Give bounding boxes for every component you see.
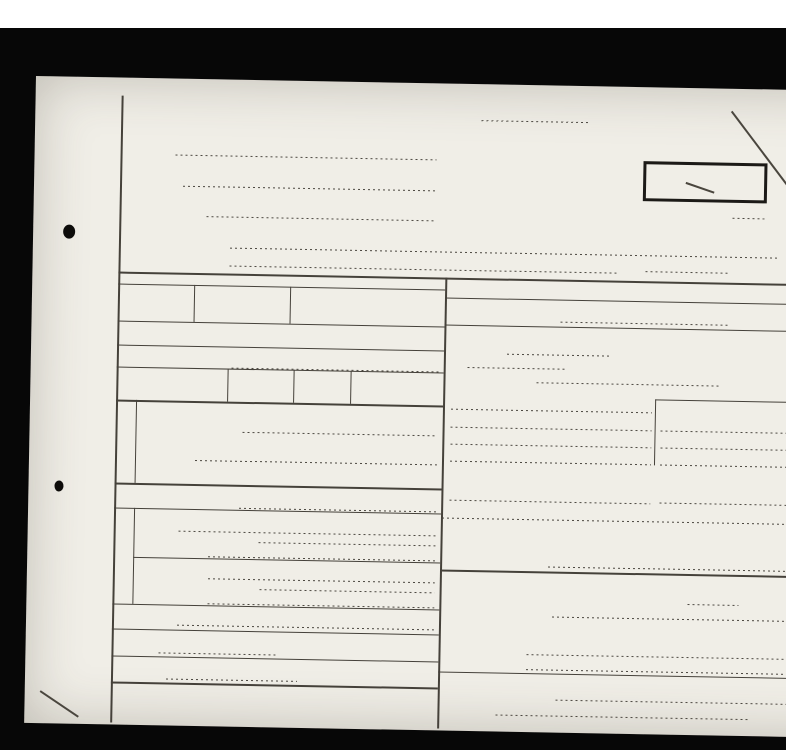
margin-line-1 (50, 106, 61, 718)
fill-line (450, 409, 652, 414)
fill-line (450, 427, 652, 432)
margin-heading (50, 106, 61, 718)
fill-line (257, 542, 435, 546)
fill-line (441, 517, 786, 526)
margin-nb-note-4 (50, 106, 61, 718)
fill-line (494, 715, 749, 721)
occupation-side-label (120, 400, 122, 482)
fill-line (525, 654, 786, 661)
fill-line (506, 354, 611, 357)
cell-divider (293, 370, 295, 403)
rule (444, 325, 786, 334)
rule (118, 284, 445, 291)
fill-line (551, 617, 786, 624)
rule (111, 681, 438, 689)
fill-line (659, 464, 786, 469)
rule (116, 400, 443, 408)
rule (118, 321, 445, 328)
side-cell-divider (135, 400, 138, 483)
rule (115, 483, 442, 491)
cell-divider (227, 369, 229, 402)
corner-crease-line (40, 690, 79, 717)
rule (117, 345, 444, 352)
fill-line (535, 382, 720, 386)
industry-fill-line (194, 460, 437, 465)
residence-fill-line (229, 266, 617, 274)
binding-margin-text (50, 106, 61, 718)
fill-line (686, 604, 738, 606)
trade-fill-line (241, 432, 437, 437)
registrar-stamp-box (643, 161, 768, 203)
rule (445, 298, 786, 307)
maiden-name-fill-line (207, 578, 435, 583)
onset-box-left-rule (654, 399, 656, 465)
ward-fill-line (732, 218, 768, 220)
scanned-death-certificate-page (0, 0, 786, 750)
fill-line (449, 444, 651, 449)
ward2-fill-line (645, 271, 729, 274)
certificate-document (24, 76, 786, 739)
fill-line (560, 322, 728, 326)
fill-line (448, 500, 650, 505)
fill-line (259, 589, 435, 593)
fill-line (659, 447, 786, 452)
cell-divider (290, 287, 292, 324)
margin-nb-note-2 (50, 106, 61, 718)
father-side-label (118, 508, 119, 556)
rule (111, 655, 438, 662)
full-name-fill-line (229, 248, 778, 259)
cell-divider (350, 371, 352, 404)
rule (440, 569, 786, 579)
column-divider (437, 278, 447, 729)
fill-line (157, 652, 275, 655)
mother-side-label (117, 559, 118, 609)
onset-box-top-rule (655, 399, 786, 404)
fill-line (660, 430, 786, 435)
district-fill-line (182, 186, 436, 192)
registrar-stamp-number (646, 165, 764, 199)
fill-line (555, 700, 786, 707)
ink-blot (54, 480, 63, 491)
fill-line (449, 461, 651, 466)
fill-line (658, 502, 786, 507)
series-fill-line (480, 120, 590, 123)
fill-line (165, 678, 297, 681)
ink-blot (63, 225, 75, 239)
cell-divider (194, 285, 196, 322)
town-fill-line (205, 216, 435, 221)
county-fill-line (175, 155, 437, 161)
father-name-fill-line (178, 531, 436, 537)
margin-nb-note-3 (50, 106, 61, 718)
fill-line (467, 367, 567, 370)
